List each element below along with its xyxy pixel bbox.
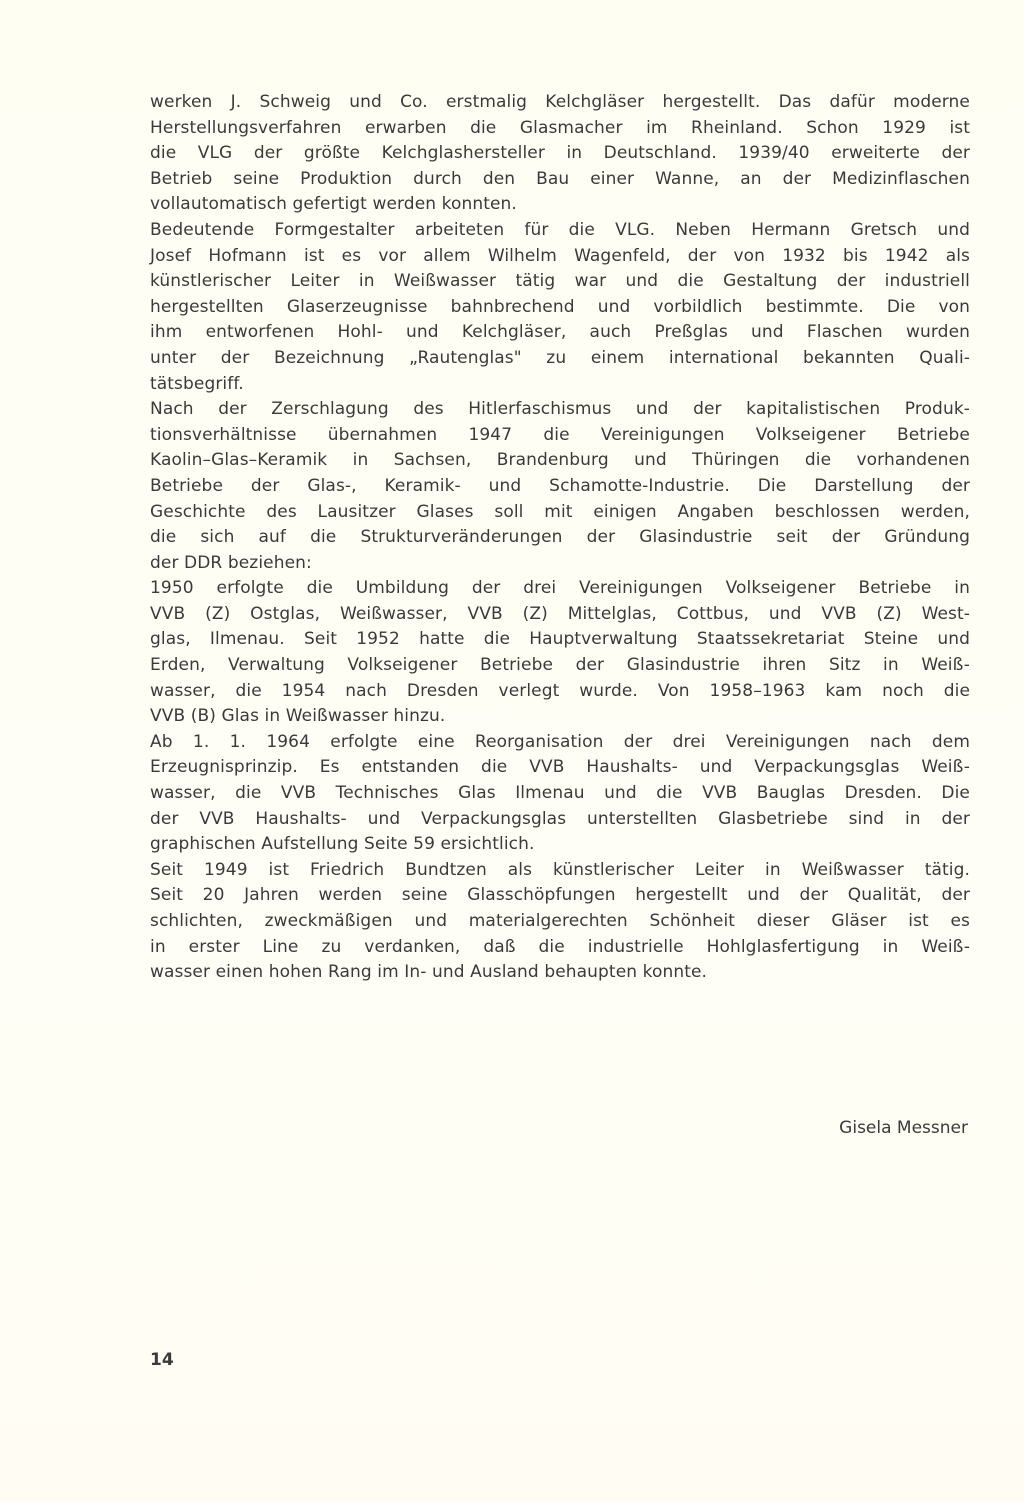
paragraph: Bedeutende Formgestalter arbeiteten für … xyxy=(150,218,970,397)
text-line: vollautomatisch gefertigt werden konnten… xyxy=(150,192,970,218)
text-line: künstlerischer Leiter in Weißwasser täti… xyxy=(150,269,970,295)
text-line: Josef Hofmann ist es vor allem Wilhelm W… xyxy=(150,244,970,270)
text-line: die sich auf die Strukturveränderungen d… xyxy=(150,525,970,551)
text-line: Nach der Zerschlagung des Hitlerfaschism… xyxy=(150,397,970,423)
author-signature: Gisela Messner xyxy=(839,1118,968,1138)
text-line: wasser, die 1954 nach Dresden verlegt wu… xyxy=(150,679,970,705)
text-line: VVB (Z) Ostglas, Weißwasser, VVB (Z) Mit… xyxy=(150,602,970,628)
text-line: unter der Bezeichnung „Rautenglas" zu ei… xyxy=(150,346,970,372)
text-line: wasser, die VVB Technisches Glas Ilmenau… xyxy=(150,781,970,807)
text-line: Ab 1. 1. 1964 erfolgte eine Reorganisati… xyxy=(150,730,970,756)
text-line: werken J. Schweig und Co. erstmalig Kelc… xyxy=(150,90,970,116)
text-line: glas, Ilmenau. Seit 1952 hatte die Haupt… xyxy=(150,627,970,653)
text-line: tätsbegriff. xyxy=(150,372,970,398)
text-line: ihm entworfenen Hohl- und Kelchgläser, a… xyxy=(150,320,970,346)
text-line: graphischen Aufstellung Seite 59 ersicht… xyxy=(150,832,970,858)
paragraph: Seit 1949 ist Friedrich Bundtzen als kün… xyxy=(150,858,970,986)
book-page: werken J. Schweig und Co. erstmalig Kelc… xyxy=(0,0,1024,1502)
text-line: VVB (B) Glas in Weißwasser hinzu. xyxy=(150,704,970,730)
text-line: Erden, Verwaltung Volkseigener Betriebe … xyxy=(150,653,970,679)
page-number: 14 xyxy=(150,1350,174,1370)
text-line: Betrieb seine Produktion durch den Bau e… xyxy=(150,167,970,193)
paragraph: 1950 erfolgte die Umbildung der drei Ver… xyxy=(150,576,970,730)
paragraph: Nach der Zerschlagung des Hitlerfaschism… xyxy=(150,397,970,576)
text-line: der VVB Haushalts- und Verpackungsglas u… xyxy=(150,807,970,833)
text-line: 1950 erfolgte die Umbildung der drei Ver… xyxy=(150,576,970,602)
paragraph: werken J. Schweig und Co. erstmalig Kelc… xyxy=(150,90,970,218)
text-line: Kaolin–Glas–Keramik in Sachsen, Brandenb… xyxy=(150,448,970,474)
text-line: Geschichte des Lausitzer Glases soll mit… xyxy=(150,500,970,526)
text-line: Erzeugnisprinzip. Es entstanden die VVB … xyxy=(150,755,970,781)
text-line: in erster Line zu verdanken, daß die ind… xyxy=(150,935,970,961)
text-line: hergestellten Glaserzeugnisse bahnbreche… xyxy=(150,295,970,321)
text-line: der DDR beziehen: xyxy=(150,551,970,577)
paragraph: Ab 1. 1. 1964 erfolgte eine Reorganisati… xyxy=(150,730,970,858)
body-text: werken J. Schweig und Co. erstmalig Kelc… xyxy=(150,90,970,986)
text-line: Bedeutende Formgestalter arbeiteten für … xyxy=(150,218,970,244)
text-line: schlichten, zweckmäßigen und materialger… xyxy=(150,909,970,935)
text-line: tionsverhältnisse übernahmen 1947 die Ve… xyxy=(150,423,970,449)
text-line: Herstellungsverfahren erwarben die Glasm… xyxy=(150,116,970,142)
text-line: Seit 1949 ist Friedrich Bundtzen als kün… xyxy=(150,858,970,884)
text-line: Seit 20 Jahren werden seine Glasschöpfun… xyxy=(150,883,970,909)
text-line: wasser einen hohen Rang im In- und Ausla… xyxy=(150,960,970,986)
text-line: die VLG der größte Kelchglashersteller i… xyxy=(150,141,970,167)
text-line: Betriebe der Glas-, Keramik- und Schamot… xyxy=(150,474,970,500)
